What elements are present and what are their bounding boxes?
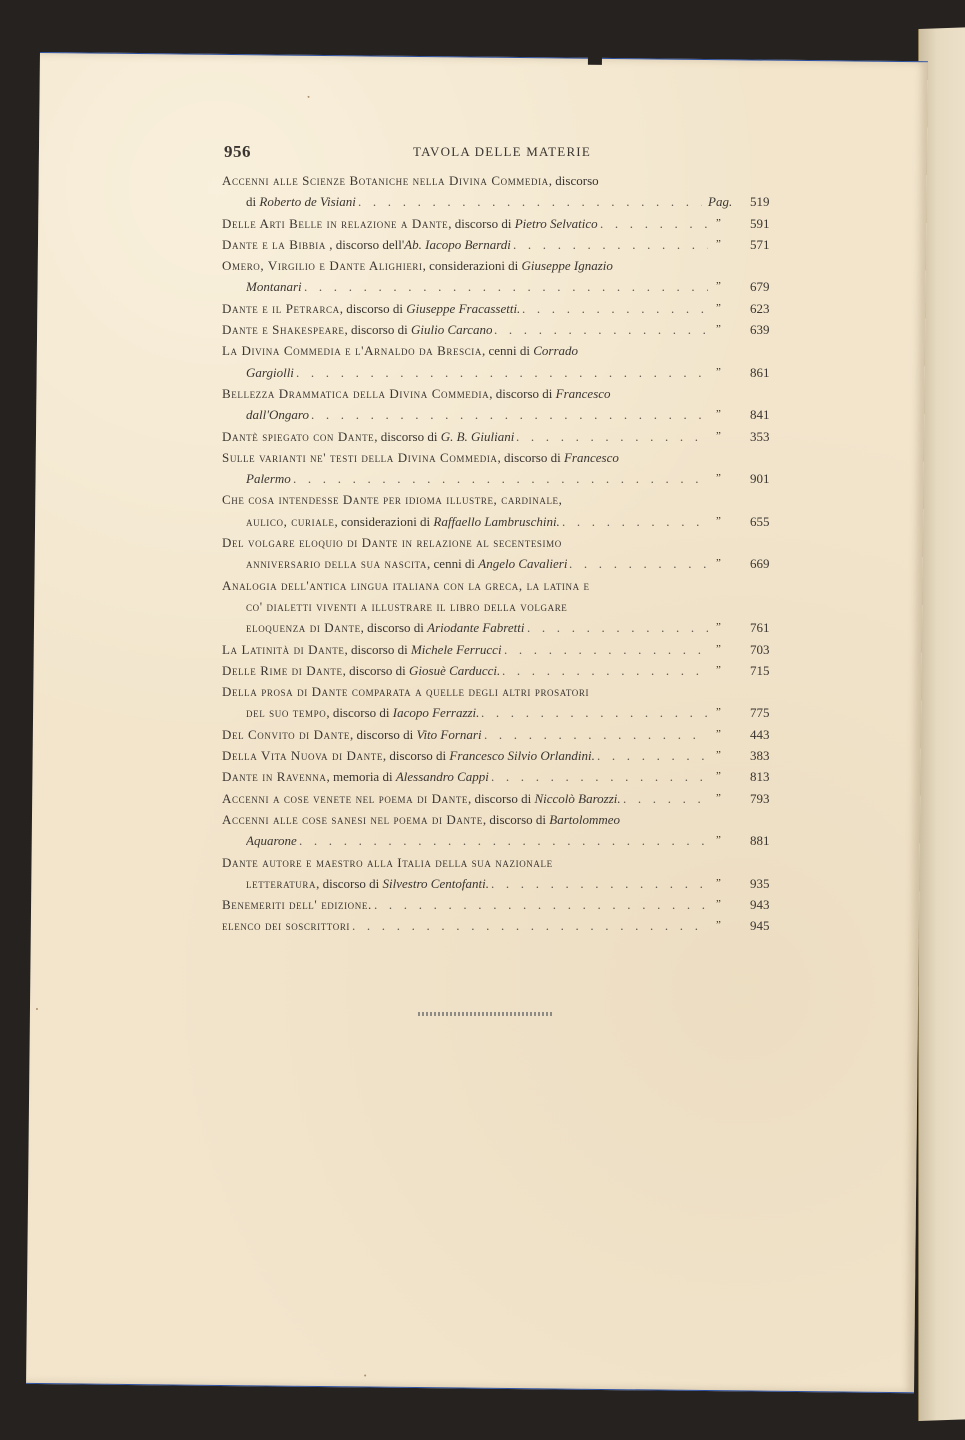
entry-connector: , considerazioni di (335, 514, 434, 529)
entry-text: Bellezza Drammatica della Divina Commedi… (222, 383, 694, 404)
entry-text: La Latinità di Dante, discorso di Michel… (222, 639, 502, 660)
entry-author: Giulio Carcano (411, 322, 493, 337)
toc-entry-line: letteratura, discorso di Silvestro Cento… (222, 873, 778, 894)
ditto-mark: ” (716, 660, 721, 681)
entry-text: eloquenza di Dante, discorso di Ariodant… (246, 617, 525, 638)
entry-title: Sulle varianti ne' testi della Divina Co… (222, 450, 498, 465)
toc-entry-line: Dante e il Petrarca, discorso di Giusepp… (222, 298, 778, 319)
ditto-mark: ” (716, 915, 721, 936)
entry-author: Vito Fornari (416, 727, 481, 742)
toc-entry-line: Dante e Shakespeare, discorso di Giulio … (222, 319, 778, 340)
entry-text: dall'Ongaro (246, 404, 309, 425)
toc-entry-line: Accenni alle Scienze Botaniche nella Div… (222, 170, 778, 191)
pag-label: Pag. (708, 191, 732, 212)
page-reference: 669 (750, 553, 770, 574)
entry-text: Dante e Shakespeare, discorso di Giulio … (222, 319, 492, 340)
entry-author: Angelo Cavalieri (478, 556, 567, 571)
entry-author: Raffaello Lambruschini. (433, 514, 559, 529)
entry-author: Bartolommeo (549, 812, 620, 827)
ditto-mark: ” (716, 553, 721, 574)
paper-speck (36, 1008, 38, 1010)
leader-dots: . . . . . . . . . . . . . . . . . . . . … (597, 745, 708, 766)
entry-text: Accenni a cose venete nel poema di Dante… (222, 788, 621, 809)
entry-author: Giosuè Carducci. (409, 663, 500, 678)
entry-title: Dante autore e maestro alla Italia della… (222, 855, 553, 870)
entry-text: Benemeriti dell' edizione. (222, 894, 372, 915)
leader-dots: . . . . . . . . . . . . . . . . . . . . … (358, 191, 702, 212)
entry-title: aulico, curiale (246, 514, 335, 529)
leader-dots: . . . . . . . . . . . . . . . . . . . . … (491, 766, 708, 787)
page-reference: 519 (750, 191, 770, 212)
toc-entry-line: Omero, Virgilio e Dante Alighieri, consi… (222, 255, 778, 276)
entry-text: aulico, curiale, considerazioni di Raffa… (246, 511, 560, 532)
entry-connector: , discorso di (316, 876, 382, 891)
entry-connector: , memoria di (327, 769, 396, 784)
entry-text: Dante e il Petrarca, discorso di Giusepp… (222, 298, 520, 319)
ditto-mark: ” (716, 830, 721, 851)
leader-dots: . . . . . . . . . . . . . . . . . . . . … (484, 724, 708, 745)
toc-entry-line: dall'Ongaro . . . . . . . . . . . . . . … (222, 404, 778, 425)
entry-text: Della Vita Nuova di Dante, discorso di F… (222, 745, 595, 766)
entry-title: Del Convito di Dante (222, 727, 350, 742)
leader-dots: . . . . . . . . . . . . . . . . . . . . … (600, 213, 708, 234)
entry-text: Omero, Virgilio e Dante Alighieri, consi… (222, 255, 694, 276)
page-reference: 901 (750, 468, 770, 489)
entry-connector: , discorso di (345, 322, 411, 337)
entry-title: Delle Arti Belle in relazione a Dante (222, 216, 448, 231)
entry-connector: , discorso di (343, 663, 409, 678)
entry-text: La Divina Commedia e l'Arnaldo da Bresci… (222, 340, 694, 361)
entry-title: Analogia dell'antica lingua italiana con… (222, 578, 590, 593)
page-reference: 861 (750, 362, 770, 383)
entry-connector: , discorso di (350, 727, 416, 742)
entry-author: Corrado (533, 343, 578, 358)
toc-entry-line: Che cosa intendesse Dante per idioma ill… (222, 489, 778, 510)
leader-dots: . . . . . . . . . . . . . . . . . . . . … (296, 362, 708, 383)
entry-author: Aquarone (246, 833, 297, 848)
entry-title: La Latinità di Dante (222, 642, 345, 657)
page-reference: 943 (750, 894, 770, 915)
entry-author: Silvestro Centofanti. (383, 876, 489, 891)
ditto-mark: ” (716, 426, 721, 447)
entry-title: Dante in Ravenna (222, 769, 327, 784)
page-reference: 775 (750, 702, 770, 723)
entry-text: Delle Arti Belle in relazione a Dante, d… (222, 213, 598, 234)
page-reference: 353 (750, 426, 770, 447)
toc-entry-line: eloquenza di Dante, discorso di Ariodant… (222, 617, 778, 638)
entry-title: Dante e il Petrarca (222, 301, 340, 316)
leader-dots: . . . . . . . . . . . . . . . . . . . . … (293, 468, 708, 489)
leader-dots: . . . . . . . . . . . . . . . . . . . . … (623, 788, 708, 809)
page-reference: 761 (750, 617, 770, 638)
toc-entry-line: Dantè spiegato con Dante, discorso di G.… (222, 426, 778, 447)
leader-dots: . . . . . . . . . . . . . . . . . . . . … (374, 894, 708, 915)
ditto-mark: ” (716, 617, 721, 638)
ditto-mark: ” (716, 766, 721, 787)
toc-entry-line: Accenni alle cose sanesi nel poema di Da… (222, 809, 778, 830)
page-reference: 841 (750, 404, 770, 425)
entry-text: Gargiolli (246, 362, 294, 383)
entry-text: Palermo (246, 468, 291, 489)
entry-author: Pietro Selvatico (515, 216, 598, 231)
entry-author: dall'Ongaro (246, 407, 309, 422)
entry-text: Che cosa intendesse Dante per idioma ill… (222, 489, 694, 510)
entry-connector: , discorso di (345, 642, 411, 657)
ditto-mark: ” (716, 894, 721, 915)
toc-entry-line: Palermo . . . . . . . . . . . . . . . . … (222, 468, 778, 489)
entry-connector: , discorso di (489, 386, 555, 401)
toc-entry-line: La Divina Commedia e l'Arnaldo da Bresci… (222, 340, 778, 361)
entry-author: Gargiolli (246, 365, 294, 380)
entry-title: Delle Rime di Dante (222, 663, 343, 678)
leader-dots: . . . . . . . . . . . . . . . . . . . . … (304, 276, 708, 297)
entry-author: Ariodante Fabretti (427, 620, 524, 635)
toc-entry-line: Analogia dell'antica lingua italiana con… (222, 575, 778, 596)
entry-text: Delle Rime di Dante, discorso di Giosuè … (222, 660, 500, 681)
entry-text: Dante in Ravenna, memoria di Alessandro … (222, 766, 489, 787)
leader-dots: . . . . . . . . . . . . . . . . . . . . … (569, 553, 708, 574)
entry-author: Alessandro Cappi (396, 769, 489, 784)
entry-author: Francesco Silvio Orlandini. (449, 748, 595, 763)
entry-connector: , cenni di (427, 556, 478, 571)
page-tear (588, 57, 602, 65)
ditto-mark: ” (716, 234, 721, 255)
page-reference: 591 (750, 213, 770, 234)
entry-connector: , discorso di (448, 216, 514, 231)
entry-text: Analogia dell'antica lingua italiana con… (222, 575, 694, 596)
entry-author: Francesco (556, 386, 611, 401)
entry-connector: , discorso di (498, 450, 564, 465)
entry-text: Accenni alle cose sanesi nel poema di Da… (222, 809, 694, 830)
closing-ornament-rule (418, 1012, 552, 1016)
toc-entry-line: Dante autore e maestro alla Italia della… (222, 852, 778, 873)
ditto-mark: ” (716, 511, 721, 532)
page-reference: 945 (750, 915, 770, 936)
toc-entry-line: Della Vita Nuova di Dante, discorso di F… (222, 745, 778, 766)
toc-entry-line: di Roberto de Visiani . . . . . . . . . … (222, 191, 778, 212)
entry-title: Dante e la Bibbia (222, 237, 326, 252)
entry-title: Accenni alle Scienze Botaniche nella Div… (222, 173, 549, 188)
entry-title: anniversario della sua nascita (246, 556, 427, 571)
ditto-mark: ” (716, 745, 721, 766)
leader-dots: . . . . . . . . . . . . . . . . . . . . … (516, 426, 708, 447)
entry-title: del suo tempo (246, 705, 326, 720)
entry-connector: , cenni di (482, 343, 533, 358)
entry-title: Della prosa di Dante comparata a quelle … (222, 684, 589, 699)
entry-author: Michele Ferrucci (411, 642, 502, 657)
entry-author: Montanari (246, 279, 302, 294)
entry-author: Giuseppe Ignazio (522, 258, 613, 273)
entry-connector: , discorso di (468, 791, 534, 806)
paper-speck (364, 1374, 366, 1376)
page-reference: 813 (750, 766, 770, 787)
entry-author: Francesco (564, 450, 619, 465)
page-reference: 655 (750, 511, 770, 532)
entry-title: Accenni alle cose sanesi nel poema di Da… (222, 812, 483, 827)
leader-dots: . . . . . . . . . . . . . . . . . . . . … (299, 830, 708, 851)
entry-author: Niccolò Barozzi. (534, 791, 620, 806)
entry-text: letteratura, discorso di Silvestro Cento… (246, 873, 489, 894)
leader-dots: . . . . . . . . . . . . . . . . . . . . … (504, 639, 708, 660)
toc-entry-line: Montanari . . . . . . . . . . . . . . . … (222, 276, 778, 297)
leader-dots: . . . . . . . . . . . . . . . . . . . . … (522, 298, 708, 319)
page-reference: 623 (750, 298, 770, 319)
toc-entry-line: Del volgare eloquio di Dante in relazion… (222, 532, 778, 553)
entry-title: Bellezza Drammatica della Divina Commedi… (222, 386, 489, 401)
entry-title: Della Vita Nuova di Dante (222, 748, 383, 763)
paper-speck (308, 96, 310, 98)
ditto-mark: ” (716, 404, 721, 425)
ditto-mark: ” (716, 873, 721, 894)
entry-text: di Roberto de Visiani (246, 191, 356, 212)
toc-entry-line: Delle Arti Belle in relazione a Dante, d… (222, 213, 778, 234)
page-reference: 571 (750, 234, 770, 255)
toc-entry-line: Del Convito di Dante, discorso di Vito F… (222, 724, 778, 745)
ditto-mark: ” (716, 213, 721, 234)
page-reference: 383 (750, 745, 770, 766)
entry-title: Accenni a cose venete nel poema di Dante (222, 791, 468, 806)
page-reference: 639 (750, 319, 770, 340)
page-reference: 715 (750, 660, 770, 681)
entry-author: Ab. Iacopo Bernardi (404, 237, 511, 252)
leader-dots: . . . . . . . . . . . . . . . . . . . . … (494, 319, 708, 340)
entry-connector: , considerazioni di (423, 258, 522, 273)
toc-entry-line: Aquarone . . . . . . . . . . . . . . . .… (222, 830, 778, 851)
leader-dots: . . . . . . . . . . . . . . . . . . . . … (513, 234, 708, 255)
entry-title: Dantè spiegato con Dante (222, 429, 374, 444)
entry-author: Giuseppe Fracassetti. (406, 301, 520, 316)
entry-connector: , discorso di (361, 620, 427, 635)
leader-dots: . . . . . . . . . . . . . . . . . . . . … (352, 915, 708, 936)
entry-text: Sulle varianti ne' testi della Divina Co… (222, 447, 694, 468)
running-title: TAVOLA DELLE MATERIE (224, 144, 780, 160)
entry-title: Omero, Virgilio e Dante Alighieri (222, 258, 423, 273)
entry-text: Montanari (246, 276, 302, 297)
entry-connector: , discorso di (340, 301, 406, 316)
toc-entry-line: del suo tempo, discorso di Iacopo Ferraz… (222, 702, 778, 723)
entry-connector: , discorso (549, 173, 599, 188)
entry-connector: , discorso di (326, 705, 392, 720)
page-reference: 935 (750, 873, 770, 894)
entry-title: Del volgare eloquio di Dante in relazion… (222, 535, 562, 550)
leader-dots: . . . . . . . . . . . . . . . . . . . . … (311, 404, 708, 425)
ditto-mark: ” (716, 468, 721, 489)
entry-text: Dante autore e maestro alla Italia della… (222, 852, 694, 873)
toc-entry-line: La Latinità di Dante, discorso di Michel… (222, 639, 778, 660)
entry-prefix: di (246, 194, 259, 209)
toc-entry-line: Delle Rime di Dante, discorso di Giosuè … (222, 660, 778, 681)
page-reference: 679 (750, 276, 770, 297)
entry-text: co' dialetti viventi a illustrare il lib… (246, 596, 718, 617)
ditto-mark: ” (716, 319, 721, 340)
entry-author: G. B. Giuliani (441, 429, 515, 444)
toc-entry-line: Benemeriti dell' edizione. . . . . . . .… (222, 894, 778, 915)
page-reference: 881 (750, 830, 770, 851)
page-reference: 443 (750, 724, 770, 745)
leader-dots: . . . . . . . . . . . . . . . . . . . . … (562, 511, 708, 532)
toc-entry-line: elenco dei soscrittori . . . . . . . . .… (222, 915, 778, 936)
toc-entry-line: Gargiolli . . . . . . . . . . . . . . . … (222, 362, 778, 383)
entry-text: Dante e la Bibbia , discorso dell'Ab. Ia… (222, 234, 511, 255)
ditto-mark: ” (716, 702, 721, 723)
leader-dots: . . . . . . . . . . . . . . . . . . . . … (481, 702, 708, 723)
entry-text: anniversario della sua nascita, cenni di… (246, 553, 567, 574)
entry-title: Dante e Shakespeare (222, 322, 345, 337)
entry-title: Che cosa intendesse Dante per idioma ill… (222, 492, 563, 507)
entry-connector: , discorso di (374, 429, 440, 444)
entry-title: Benemeriti dell' edizione. (222, 897, 372, 912)
page-reference: 703 (750, 639, 770, 660)
leader-dots: . . . . . . . . . . . . . . . . . . . . … (527, 617, 708, 638)
entry-text: Del volgare eloquio di Dante in relazion… (222, 532, 694, 553)
ditto-mark: ” (716, 724, 721, 745)
leader-dots: . . . . . . . . . . . . . . . . . . . . … (502, 660, 708, 681)
entry-author: Roberto de Visiani (259, 194, 356, 209)
toc-entry-line: Della prosa di Dante comparata a quelle … (222, 681, 778, 702)
toc-entry-line: co' dialetti viventi a illustrare il lib… (222, 596, 778, 617)
entry-connector: , discorso di (483, 812, 549, 827)
entry-author: Iacopo Ferrazzi. (393, 705, 480, 720)
toc-entry-line: Sulle varianti ne' testi della Divina Co… (222, 447, 778, 468)
leader-dots: . . . . . . . . . . . . . . . . . . . . … (491, 873, 708, 894)
entry-connector: , discorso dell' (326, 237, 404, 252)
entry-title: co' dialetti viventi a illustrare il lib… (246, 599, 567, 614)
toc-entry-line: Dante in Ravenna, memoria di Alessandro … (222, 766, 778, 787)
entry-title: La Divina Commedia e l'Arnaldo da Bresci… (222, 343, 482, 358)
page-header: 956 TAVOLA DELLE MATERIE (224, 142, 780, 166)
toc-entry-line: Dante e la Bibbia , discorso dell'Ab. Ia… (222, 234, 778, 255)
entry-text: Della prosa di Dante comparata a quelle … (222, 681, 694, 702)
entry-text: Aquarone (246, 830, 297, 851)
ditto-mark: ” (716, 639, 721, 660)
page-reference: 793 (750, 788, 770, 809)
ditto-mark: ” (716, 276, 721, 297)
toc-entry-line: aulico, curiale, considerazioni di Raffa… (222, 511, 778, 532)
entry-text: del suo tempo, discorso di Iacopo Ferraz… (246, 702, 479, 723)
table-of-contents: Accenni alle Scienze Botaniche nella Div… (222, 170, 778, 937)
toc-entry-line: Bellezza Drammatica della Divina Commedi… (222, 383, 778, 404)
entry-title: letteratura (246, 876, 316, 891)
ditto-mark: ” (716, 362, 721, 383)
entry-text: elenco dei soscrittori (222, 915, 350, 936)
entry-text: Dantè spiegato con Dante, discorso di G.… (222, 426, 514, 447)
entry-text: Del Convito di Dante, discorso di Vito F… (222, 724, 482, 745)
entry-connector: , discorso di (383, 748, 449, 763)
toc-entry-line: Accenni a cose venete nel poema di Dante… (222, 788, 778, 809)
ditto-mark: ” (716, 298, 721, 319)
entry-text: Accenni alle Scienze Botaniche nella Div… (222, 170, 694, 191)
entry-title: elenco dei soscrittori (222, 918, 350, 933)
toc-entry-line: anniversario della sua nascita, cenni di… (222, 553, 778, 574)
ditto-mark: ” (716, 788, 721, 809)
entry-title: eloquenza di Dante (246, 620, 361, 635)
entry-author: Palermo (246, 471, 291, 486)
